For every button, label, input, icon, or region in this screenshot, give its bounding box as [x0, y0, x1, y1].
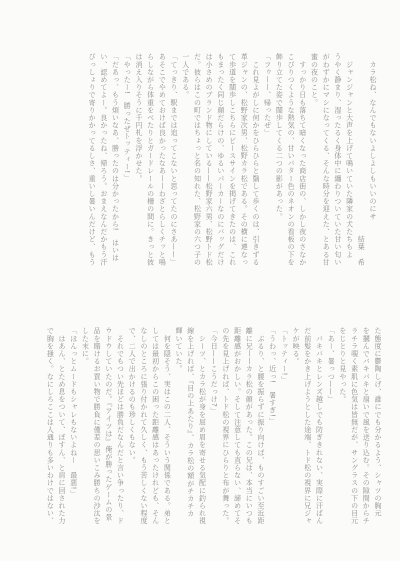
- text-line: ケが映る。: [289, 327, 301, 518]
- text-line: は消え入りそうに千円札を浮かせた。: [132, 53, 144, 285]
- text-line: 何を隠そう、実はこの二人、そういう関係である。弟と: [161, 327, 173, 518]
- text-line: 「だあっ、もう煩いなあ、勝ったのは分かったから! はいは: [109, 53, 121, 285]
- text-line: しては最初からこの困った距離感はあったけれども、そん: [149, 327, 161, 518]
- text-line: これ見よがしに何かをひらひらと翳して歩くのは、引きずる: [249, 53, 261, 285]
- page-top-text-block: カラ松ね、なんでもないよしよしもいいのにサ 結葉 希 ジャンジャンと大声を上げて…: [85, 53, 378, 285]
- text-line: うやく静まり、湿ったるく身体中に纏わりついていた甘い匂い: [331, 53, 343, 285]
- text-line: で、二人で出かけるのも珍しくもない。: [126, 327, 138, 518]
- text-line: 飾り立てた姿で闊歩してくる二つの影があった。: [273, 53, 285, 285]
- text-line: 距離感がおかしい。そして注意しても直らない、諦めてそ: [231, 327, 243, 518]
- text-line: なしのところに張り付かれて久しく、もう苦しくない程度: [137, 327, 149, 518]
- text-line: 「あー、暑っつ——」: [324, 327, 336, 518]
- text-line: 「今日——こうだっけ?」: [207, 327, 219, 518]
- text-line: シーツ、とカラ松が身を屈め眉を寄せる気配に釣られ視: [196, 327, 208, 518]
- text-line: て歩道を闊歩しこちらにピースサインを掲げてきたのは、これ: [226, 53, 238, 285]
- text-line: だ。彼らはこの町ではちょっと名の知れた、松野家の六つ子の: [191, 53, 203, 285]
- text-line: ラチラ覗く素肌に色気は皆無だが、サングラスの下の目元: [348, 327, 360, 518]
- text-line: がわずかにマシになってくる、そんな時分を迎えた、とある甘: [319, 53, 331, 285]
- text-line: こびりつくような熱気の、甘いバター色のネオンの看板の下を: [284, 53, 296, 285]
- text-line: はあん、とため息をついて、ぼすん、と肩に回された力: [55, 327, 67, 518]
- text-line: もまったく同じ顔だらけの、ゆるいパーカーなのにバッグだけ: [214, 53, 226, 285]
- text-line: 「トッティー!」: [278, 327, 290, 518]
- text-line: だ前髪をかき上げようとした途端、トド松の視界に兄ジャ: [301, 327, 313, 518]
- text-line: 輝いていた。: [172, 327, 184, 518]
- text-line: 結葉 希: [355, 53, 367, 285]
- text-line: バキバキとレンズ越しでも防ぎきれない、実際に汗ばん: [313, 327, 325, 518]
- text-line: で胸を掻く。なにしろここは人通りも多いわけではない、: [44, 327, 56, 518]
- text-line: い、認めてよー。良かったね、帰ろう。おまえなんだかもう汗: [97, 53, 109, 285]
- text-line: カラ松ね、なんでもないよしよしもいいのにサ: [366, 53, 378, 285]
- text-line: すっかり日も落ちて暗くなった商店街の、しかし夜のさなか: [296, 53, 308, 285]
- text-line: ぶるり、と腰を振らずに振り向けば、ものすごい至近距: [254, 327, 266, 518]
- scanned-book-page: カラ松ね、なんでもないよしよしもいいのにサ 結葉 希 ジャンジャンと大声を上げて…: [0, 0, 400, 561]
- text-line: を摑んでバキバキと扇いで風を送り込む。その隙間からチ: [360, 327, 372, 518]
- text-line: 「てっきり、駅までは追ってこないと思ってたのにさあ——」: [167, 53, 179, 285]
- text-line: 「フゥ——、帰ったぜ」: [261, 53, 273, 285]
- text-line: 離に兄——カラ松の顔があった。この兄は、本当にいつも: [243, 327, 255, 518]
- text-line: あそこでやめておけば良かったなあ——わざとらしくチッと鳴: [156, 53, 168, 285]
- text-line: 一人である。: [179, 53, 191, 285]
- text-line: 「ほんっとムードもシャレもないよねー 最悪!」: [67, 327, 79, 518]
- text-line: ウドウしていたのだ。『アイツは』俺が勝ったゲームの景: [102, 327, 114, 518]
- text-line: の先を見上げれば、トド松の視界にひらりと布が舞った。: [219, 327, 231, 518]
- text-line: 品を賭けるお買い物で勝負に僅差の思いこみ勝ちの沙汰を: [90, 327, 102, 518]
- text-line: をじとりと見やった。: [336, 327, 348, 518]
- text-line: た態度に鬱陶しげ、誰にでも分かるよう、シャツの胸元: [371, 327, 383, 518]
- text-line: は小さめのブランド物にしている——松野家六男、松野トド松: [202, 53, 214, 285]
- text-line: それでもつい先ほどは勝負だなんだと言い争ったり、ド: [114, 327, 126, 518]
- page-bottom-text-block: た態度に鬱陶しげ、誰にでも分かるよう、シャツの胸元を摑んでバキバキと扇いで風を送…: [44, 327, 383, 518]
- text-line: ジャンジャンと大声を上げて鳴いていた隣家の犬たちもよ: [343, 53, 355, 285]
- text-line: した末に。: [79, 327, 91, 518]
- text-line: 「うわっ、近っ! 暑すぎ!」: [266, 327, 278, 518]
- text-line: 革ジャンの、松野家次男、松野カラ松である。その横に連なっ: [238, 53, 250, 285]
- text-line: びっしょりで寄りかかってるしさ、重いし暑いんだけど、もう: [85, 53, 97, 285]
- text-line: 蜜の夜のこと。: [308, 53, 320, 285]
- text-line: 線を上げれば、『目の上あたり』、カラ松の額がチカチカ: [184, 327, 196, 518]
- text-line: 「やったー! 勝ったぜトッティー!」: [121, 53, 133, 285]
- text-line: らしながら体重をべたりとガードレールの柵の間に。きっと彼: [144, 53, 156, 285]
